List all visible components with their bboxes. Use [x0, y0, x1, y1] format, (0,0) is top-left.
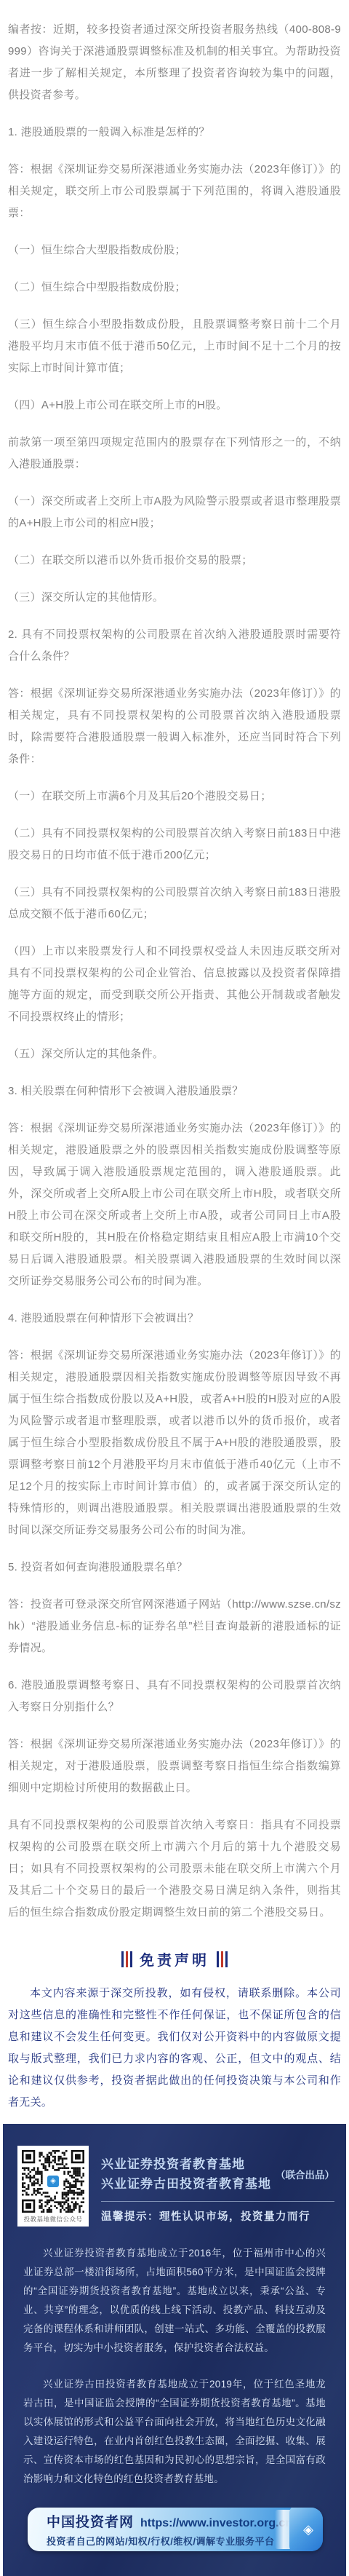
disclaimer-left-bars-icon	[121, 1951, 132, 1967]
answer-2-item: （二）具有不同投票权架构的公司股票首次纳入考察日前183日中港股交易日的日均市值…	[8, 823, 341, 866]
answer-1-paragraph: 答：根据《深圳证券交易所深港通业务实施办法（2023年修订）》的相关规定，联交所…	[8, 159, 341, 224]
org-titles: 兴业证券投资者教育基地 兴业证券古田投资者教育基地	[101, 2154, 271, 2194]
qr-card: ◈ 投教基地微信公众号	[17, 2146, 89, 2227]
answer-3-paragraph: 答：根据《深圳证券交易所深港通业务实施办法（2023年修订）》的相关规定，港股通…	[8, 1118, 341, 1292]
answer-1-paragraph: 前款第一项至第四项规定范围内的股票存在下列情形之一的，不纳入港股通股票：	[8, 432, 341, 475]
investor-site-tagline: 投资者自己的网站/知权/行权/维权/调解专业服务平台	[47, 2534, 265, 2548]
answer-4-paragraph: 答：根据《深圳证券交易所深港通业务实施办法（2023年修订）》的相关规定，港股通…	[8, 1345, 341, 1541]
editor-note: 编者按：近期，较多投资者通过深交所投资者服务热线（400-808-9999）咨询…	[8, 19, 341, 106]
qr-code-box: ◈	[22, 2150, 84, 2213]
disclaimer-title-row: 免责声明	[8, 1948, 341, 1969]
investor-site-url[interactable]: https://www.investor.org.cn	[140, 2517, 292, 2530]
answer-2-item: （四）上市以来股票发行人和不同投票权受益人未因违反联交所对具有不同投票权架构的公…	[8, 941, 341, 1028]
disclaimer-right-bars-icon	[217, 1951, 228, 1967]
qr-center-logo: ◈	[45, 2173, 61, 2189]
investor-site-name: 中国投资者网	[47, 2511, 134, 2531]
question-3: 3. 相关股票在何种情形下会被调入港股通股票？	[8, 1080, 341, 1102]
answer-1-item: （二）恒生综合中型股指数成份股；	[8, 277, 341, 299]
answer-1-item: （一）深交所或者上交所上市A股为风险警示股票或者退市整理股票的A+H股上市公司的…	[8, 491, 341, 534]
qr-caption: 投教基地微信公众号	[23, 2215, 82, 2224]
answer-2-item: （三）具有不同投票权架构的公司股票首次纳入考察日前183日港股总成交额不低于港币…	[8, 882, 341, 925]
answer-1-item: （四）A+H股上市公司在联交所上市的H股。	[8, 395, 341, 416]
banner-header: ◈ 投教基地微信公众号 兴业证券投资者教育基地 兴业证券古田投资者教育基地 （联…	[17, 2146, 332, 2227]
banner-divider	[101, 2201, 334, 2202]
answer-1-item: （三）深交所认定的其他情形。	[8, 587, 341, 609]
book-icon: ◈	[270, 2508, 323, 2551]
banner-paragraph-2: 兴业证券古田投资者教育基地成立于2019年，位于红色圣地龙岩古田，是中国证监会授…	[23, 2375, 326, 2489]
book-cover-icon: ◈	[289, 2508, 323, 2551]
banner-header-right: 兴业证券投资者教育基地 兴业证券古田投资者教育基地 （联合出品） 温馨提示：理性…	[89, 2146, 334, 2224]
banner-paragraph-1: 兴业证券投资者教育基地成立于2016年，位于福州市中心的兴业证券总部一楼沿街场所…	[23, 2244, 326, 2358]
investor-site-banner[interactable]: 中国投资者网 https://www.investor.org.cn 投资者自己…	[28, 2508, 323, 2551]
answer-1-item: （三）恒生综合小型股指数成份股，且股票调整考察日前十二个月港股平均月末市值不低于…	[8, 314, 341, 379]
graduation-box-icon: ◈	[303, 2522, 313, 2537]
question-5: 5. 投资者如何查询港股通股票名单？	[8, 1557, 341, 1579]
answer-5-paragraph: 答：投资者可登录深交所官网深港通子网站（http://www.szse.cn/s…	[8, 1594, 341, 1659]
answer-2-paragraph: 答：根据《深圳证券交易所深港通业务实施办法（2023年修订）》的相关规定，具有不…	[8, 683, 341, 770]
article-body: 编者按：近期，较多投资者通过深交所投资者服务热线（400-808-9999）咨询…	[0, 0, 349, 2114]
org-lines: 兴业证券投资者教育基地 兴业证券古田投资者教育基地 （联合出品）	[101, 2154, 334, 2194]
answer-2-item: （一）在联交所上市满6个月及其后20个港股交易日；	[8, 786, 341, 807]
answer-1-item: （一）恒生综合大型股指数成份股；	[8, 240, 341, 261]
question-6: 6. 港股通股票调整考察日、具有不同投票权架构的公司股票首次纳入考察日分别指什么…	[8, 1675, 341, 1718]
org-title-2: 兴业证券古田投资者教育基地	[101, 2174, 271, 2194]
answer-6-paragraph: 具有不同投票权架构的公司股票首次纳入考察日：指具有不同投票权架构的公司股票在联交…	[8, 1814, 341, 1924]
investor-education-logo-icon: ◈	[47, 2176, 59, 2187]
disclaimer-title: 免责声明	[140, 1948, 209, 1969]
question-1: 1. 港股通股票的一般调入标准是怎样的？	[8, 122, 341, 143]
page: 编者按：近期，较多投资者通过深交所投资者服务热线（400-808-9999）咨询…	[0, 0, 349, 2576]
banner-tip: 温馨提示：理性认识市场，投资量力而行	[101, 2208, 334, 2224]
footer-banner: ◈ 投教基地微信公众号 兴业证券投资者教育基地 兴业证券古田投资者教育基地 （联…	[3, 2124, 346, 2576]
question-2: 2. 具有不同投票权架构的公司股票在首次纳入港股通股票时需要符合什么条件？	[8, 624, 341, 668]
disclaimer-body: 本文内容来源于深交所投教，如有侵权，请联系删除。本公司对这些信息的准确性和完整性…	[8, 1983, 341, 2114]
answer-1-item: （二）在联交所以港币以外货币报价交易的股票；	[8, 550, 341, 572]
disclaimer-section: 免责声明 本文内容来源于深交所投教，如有侵权，请联系删除。本公司对这些信息的准确…	[8, 1948, 341, 2114]
answer-2-item: （五）深交所认定的其他条件。	[8, 1043, 341, 1065]
org-title-1: 兴业证券投资者教育基地	[101, 2154, 271, 2174]
joint-label: （联合出品）	[271, 2167, 334, 2181]
investor-site-line: 中国投资者网 https://www.investor.org.cn	[47, 2511, 265, 2531]
question-4: 4. 港股通股票在何种情形下会被调出？	[8, 1308, 341, 1330]
answer-6-paragraph: 答：根据《深圳证券交易所深港通业务实施办法（2023年修订）》的相关规定，对于港…	[8, 1734, 341, 1799]
